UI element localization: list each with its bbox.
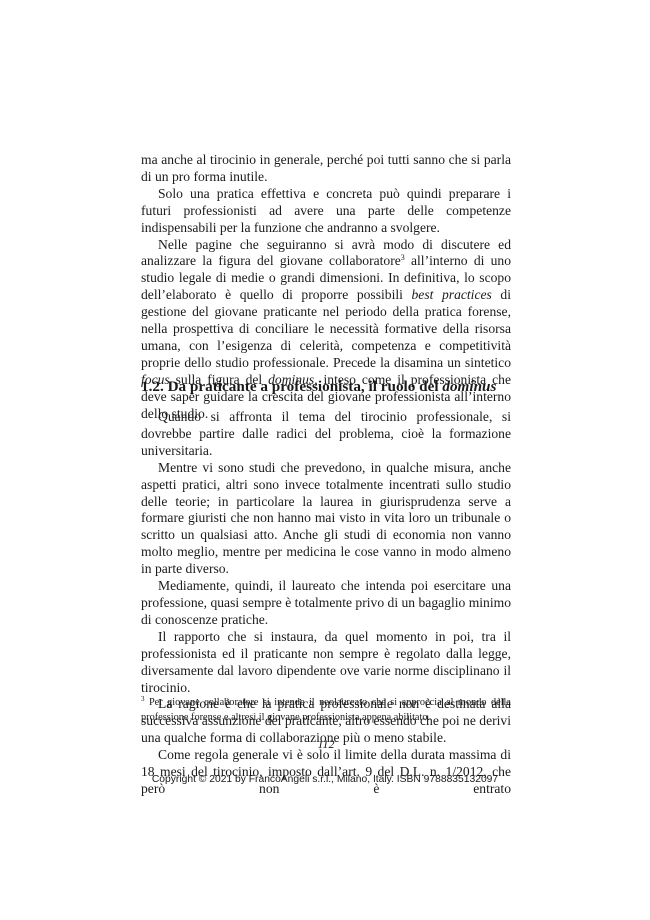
copyright-notice: Copyright © 2021 by FrancoAngeli s.r.l.,…	[0, 774, 650, 785]
paragraph: Come regola generale vi è solo il limite…	[141, 747, 511, 798]
paragraph: Quando si affronta il tema del tirocinio…	[141, 409, 511, 460]
heading-text: 1.2. Da praticante a professionista, il …	[141, 378, 442, 395]
paragraph: Mentre vi sono studi che prevedono, in q…	[141, 460, 511, 578]
section-heading: 1.2. Da praticante a professionista, il …	[141, 378, 511, 396]
heading-emphasis: dominus	[442, 378, 496, 395]
footnote-text: Per giovane collaboratore si intende il …	[141, 697, 511, 723]
paragraph: Solo una pratica effettiva e concreta pu…	[141, 186, 511, 237]
paragraph: Il rapporto che si instaura, da quel mom…	[141, 629, 511, 697]
emphasis-best-practices: best practices	[412, 287, 492, 302]
document-page: ma anche al tirocinio in generale, perch…	[0, 0, 650, 920]
footnote-block: 3 Per giovane collaboratore si intende i…	[141, 696, 511, 725]
footnote: 3 Per giovane collaboratore si intende i…	[141, 696, 511, 725]
paragraph: Mediamente, quindi, il laureato che inte…	[141, 578, 511, 629]
section-heading-block: 1.2. Da praticante a professionista, il …	[141, 378, 511, 396]
paragraph: ma anche al tirocinio in generale, perch…	[141, 152, 511, 186]
page-number: 112	[141, 737, 511, 752]
